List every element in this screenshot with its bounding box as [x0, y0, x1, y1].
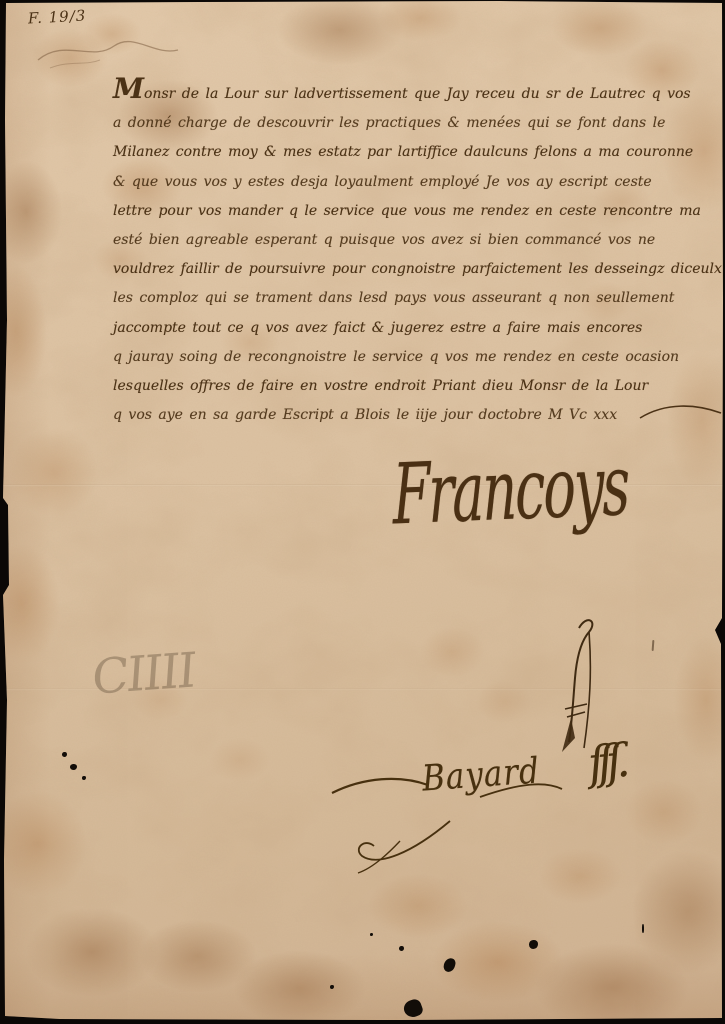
royal-signature: Francoys: [392, 433, 724, 544]
letter-line: & que vous vos y estes desja loyaulment …: [113, 168, 665, 197]
line-end-flourish: [638, 398, 724, 426]
folio-mark: F. 19/3: [28, 6, 87, 27]
ink-blot: [370, 933, 373, 936]
letter-line: esté bien agreable esperant q puisque vo…: [113, 226, 665, 255]
letter-body: Monsr de la Lour sur ladvertissement que…: [113, 74, 665, 430]
pencil-scribble: [30, 26, 190, 76]
stray-mark: [652, 640, 655, 651]
secretary-signature: Bayard: [421, 750, 542, 800]
secretary-signature-block: Bayard ſſſ.: [330, 735, 660, 875]
ink-blot: [442, 957, 456, 973]
secretary-flourish: ſſſ.: [585, 733, 624, 790]
ink-blot: [70, 764, 77, 770]
letter-line: jaccompte tout ce q vos avez faict & jug…: [113, 314, 665, 343]
photo-background: F. 19/3 Monsr de la Lour sur ladvertisse…: [0, 0, 725, 1024]
ink-blot: [642, 924, 644, 933]
letter-line: lesquelles offres de faire en vostre end…: [113, 372, 665, 401]
letter-line: les comploz qui se trament dans lesd pay…: [113, 284, 665, 313]
ink-blot: [62, 752, 67, 757]
manuscript-page: F. 19/3 Monsr de la Lour sur ladvertisse…: [0, 0, 725, 1024]
ink-blot: [529, 940, 538, 949]
letter-line: lettre pour vos mander q le service que …: [113, 197, 665, 226]
letter-line: vouldrez faillir de poursuivre pour cong…: [113, 255, 665, 284]
ink-blot: [82, 776, 86, 780]
show-through-mark: CIIII: [90, 642, 196, 706]
letter-line: q jauray soing de recongnoistre le servi…: [113, 343, 665, 372]
letter-line: q vos aye en sa garde Escript a Blois le…: [113, 401, 665, 430]
letter-line: Milanez contre moy & mes estatz par lart…: [113, 138, 665, 167]
ink-blot: [402, 997, 425, 1019]
ink-blot: [399, 946, 404, 951]
letter-line: Monsr de la Lour sur ladvertissement que…: [113, 74, 665, 109]
letter-line: a donné charge de descouvrir les practiq…: [113, 109, 665, 138]
ink-blot: [330, 985, 334, 989]
